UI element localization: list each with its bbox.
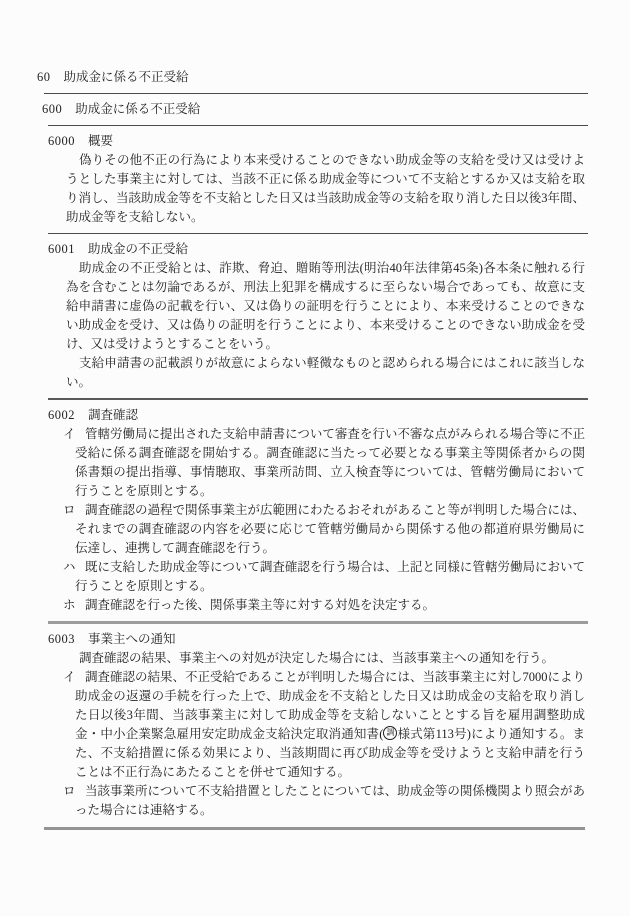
circled-form-mark: 調 (383, 726, 397, 740)
chapter-heading: 60助成金に係る不正受給 (37, 68, 630, 87)
subsection-heading: 6001助成金の不正受給 (48, 240, 630, 259)
paragraph: 調査確認の結果、事業主への対処が決定した場合には、当該事業主への通知を行う。 (66, 649, 585, 668)
list-item: イ管轄労働局に提出された支給申請書について審査を行い不審な点がみられる場合等に不… (75, 425, 585, 501)
subsection-number: 6000 (48, 134, 75, 148)
paragraph: 助成金の不正受給とは、詐欺、脅迫、贈賄等刑法(明治40年法律第45条)各本条に触… (66, 259, 585, 354)
section-number: 600 (42, 102, 62, 116)
list-item: イ調査確認の結果、不正受給であることが判明した場合には、当該事業主に対し7000… (75, 668, 585, 782)
chapter-number: 60 (37, 70, 51, 84)
subsection-number: 6001 (48, 242, 75, 256)
horizontal-rule (48, 125, 588, 126)
item-marker: ロ (63, 501, 76, 520)
subsection-title: 調査確認 (88, 408, 138, 422)
horizontal-rule (48, 398, 588, 400)
subsection-number: 6002 (48, 408, 75, 422)
subsection-6001: 6001助成金の不正受給 助成金の不正受給とは、詐欺、脅迫、贈賄等刑法(明治40… (0, 240, 630, 392)
item-text: 調査確認を行った後、関係事業主等に対する対処を決定する。 (85, 598, 435, 612)
item-text: 当該事業所について不支給措置としたことについては、助成金等の関係機関より照会があ… (75, 784, 585, 817)
list-item: ロ当該事業所について不支給措置としたことについては、助成金等の関係機関より照会が… (75, 782, 585, 820)
item-text: 管轄労働局に提出された支給申請書について審査を行い不審な点がみられる場合等に不正… (75, 427, 585, 498)
subsection-6000: 6000概要 偽りその他不正の行為により本来受けることのできない助成金等の支給を… (0, 132, 630, 227)
paragraph: 支給申請書の記載誤りが故意によらない軽微なものと認められる場合にはこれに該当しな… (66, 354, 585, 392)
item-marker: ハ (63, 558, 76, 577)
section-title: 助成金に係る不正受給 (75, 102, 200, 116)
subsection-heading: 6000概要 (48, 132, 630, 151)
subsection-number: 6003 (48, 632, 75, 646)
horizontal-rule (44, 827, 585, 830)
list-item: ロ調査確認の過程で関係事業主が広範囲にわたるおそれがあること等が判明した場合には… (75, 501, 585, 558)
document-page: 60助成金に係る不正受給 600助成金に係る不正受給 6000概要 偽りその他不… (0, 0, 630, 830)
paragraph: 偽りその他不正の行為により本来受けることのできない助成金等の支給を受け又は受けよ… (66, 151, 585, 227)
list-item: ハ既に支給した助成金等について調査確認を行う場合は、上記と同様に管轄労働局におい… (75, 558, 585, 596)
subsection-heading: 6002調査確認 (48, 406, 630, 425)
item-marker: ホ (63, 596, 76, 615)
item-marker: イ (63, 425, 76, 444)
subsection-title: 助成金の不正受給 (88, 242, 188, 256)
item-text: 調査確認の過程で関係事業主が広範囲にわたるおそれがあること等が判明した場合には、… (75, 503, 585, 555)
subsection-title: 事業主への通知 (88, 632, 176, 646)
subsection-heading: 6003事業主への通知 (48, 630, 630, 649)
horizontal-rule (48, 621, 588, 624)
horizontal-rule (44, 93, 588, 94)
item-marker: ロ (63, 782, 76, 801)
list-item: ホ調査確認を行った後、関係事業主等に対する対処を決定する。 (75, 596, 585, 615)
item-marker: イ (63, 668, 76, 687)
subsection-6002: 6002調査確認 イ管轄労働局に提出された支給申請書について審査を行い不審な点が… (0, 406, 630, 615)
section-heading: 600助成金に係る不正受給 (42, 100, 630, 119)
subsection-title: 概要 (88, 134, 113, 148)
chapter-title: 助成金に係る不正受給 (64, 70, 189, 84)
item-text: 既に支給した助成金等について調査確認を行う場合は、上記と同様に管轄労働局において… (75, 560, 585, 593)
horizontal-rule (48, 233, 588, 234)
subsection-6003: 6003事業主への通知 調査確認の結果、事業主への対処が決定した場合には、当該事… (0, 630, 630, 820)
